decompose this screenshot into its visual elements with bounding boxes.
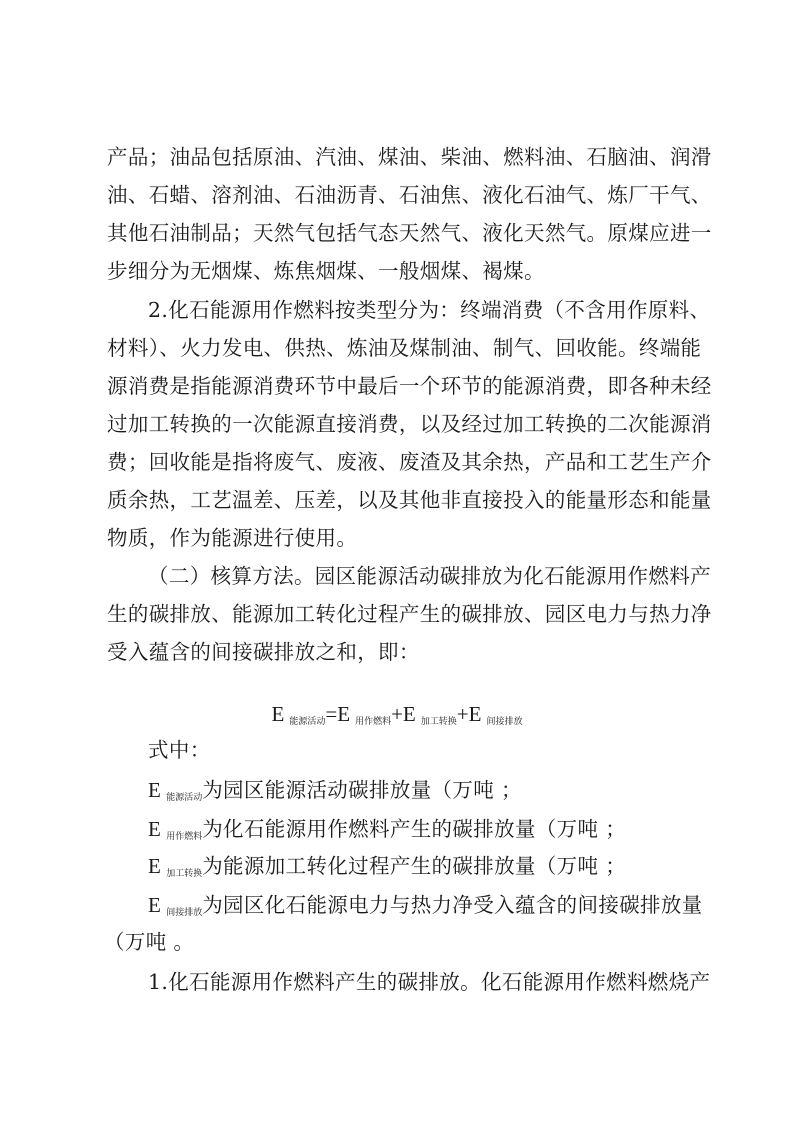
- definition-line: E加工转换为能源加工转化过程产生的碳排放量（万吨 ；: [148, 847, 691, 885]
- paragraph-line: 质余热，工艺温差、压差，以及其他非直接投入的能量形态和能量: [107, 481, 691, 519]
- section-heading-line: 1.化石能源用作燃料产生的碳排放。化石能源用作燃料燃烧产: [148, 963, 691, 1001]
- paragraph-line: 2.化石能源用作燃料按类型分为：终端消费（不含用作原料、: [148, 291, 691, 329]
- formula-symbol: E: [403, 702, 416, 726]
- paragraph-line: 油、石蜡、溶剂油、石油沥青、石油焦、液化石油气、炼厂干气、: [107, 176, 691, 214]
- definition-symbol: E: [148, 817, 161, 841]
- definition-line: E能源活动为园区能源活动碳排放量（万吨 ；: [148, 771, 691, 809]
- formula-equals: =: [325, 702, 337, 726]
- paragraph-line: 受入蕴含的间接碳排放之和，即：: [107, 633, 691, 671]
- definition-text: 为化石能源用作燃料产生的碳排放量（万吨 ；: [202, 817, 626, 841]
- definition-subscript: 加工转换: [166, 869, 202, 879]
- formula-subscript: 能源活动: [289, 717, 325, 727]
- where-label: 式中：: [148, 731, 691, 769]
- definition-text: 为能源加工转化过程产生的碳排放量（万吨 ；: [202, 854, 626, 878]
- paragraph-line: 源消费是指能源消费环节中最后一个环节的能源消费，即各种未经: [107, 367, 691, 405]
- formula-plus: +: [457, 702, 469, 726]
- formula-subscript: 用作燃料: [355, 717, 391, 727]
- formula-subscript: 间接排放: [486, 717, 522, 727]
- definition-text: 为园区能源活动碳排放量（万吨 ；: [202, 778, 522, 802]
- formula-symbol: E: [272, 702, 285, 726]
- paragraph-line: 过加工转换的一次能源直接消费，以及经过加工转换的二次能源消: [107, 405, 691, 443]
- formula-symbol: E: [337, 702, 350, 726]
- paragraph-line: 费；回收能是指将废气、废液、废渣及其余热，产品和工艺生产介: [107, 443, 691, 481]
- formula-subscript: 加工转换: [421, 717, 457, 727]
- definition-symbol: E: [148, 854, 161, 878]
- definition-subscript: 间接排放: [166, 908, 202, 918]
- paragraph-line: 产品；油品包括原油、汽油、煤油、柴油、燃料油、石脑油、润滑: [107, 138, 691, 176]
- formula-plus: +: [391, 702, 403, 726]
- definition-subscript: 用作燃料: [166, 832, 202, 842]
- formula-symbol: E: [469, 702, 482, 726]
- definition-subscript: 能源活动: [166, 793, 202, 803]
- document-page: 产品；油品包括原油、汽油、煤油、柴油、燃料油、石脑油、润滑 油、石蜡、溶剂油、石…: [0, 0, 794, 1122]
- paragraph-line: 生的碳排放、能源加工转化过程产生的碳排放、园区电力与热力净: [107, 595, 691, 633]
- definition-text: 为园区化石能源电力与热力净受入蕴含的间接碳排放量: [202, 893, 702, 917]
- definition-continuation: （万吨 。: [104, 923, 688, 961]
- definition-line: E间接排放为园区化石能源电力与热力净受入蕴含的间接碳排放量: [148, 886, 691, 924]
- definition-symbol: E: [148, 893, 161, 917]
- paragraph-line: 其他石油制品；天然气包括气态天然气、液化天然气。原煤应进一: [107, 214, 691, 252]
- definition-symbol: E: [148, 778, 161, 802]
- definition-line: E用作燃料为化石能源用作燃料产生的碳排放量（万吨 ；: [148, 810, 691, 848]
- paragraph-line: 物质，作为能源进行使用。: [107, 519, 691, 557]
- paragraph-line: 步细分为无烟煤、炼焦烟煤、一般烟煤、褐煤。: [107, 252, 691, 290]
- paragraph-line: （二）核算方法。园区能源活动碳排放为化石能源用作燃料产: [148, 557, 691, 595]
- paragraph-line: 材料）、火力发电、供热、炼油及煤制油、制气、回收能。终端能: [107, 329, 691, 367]
